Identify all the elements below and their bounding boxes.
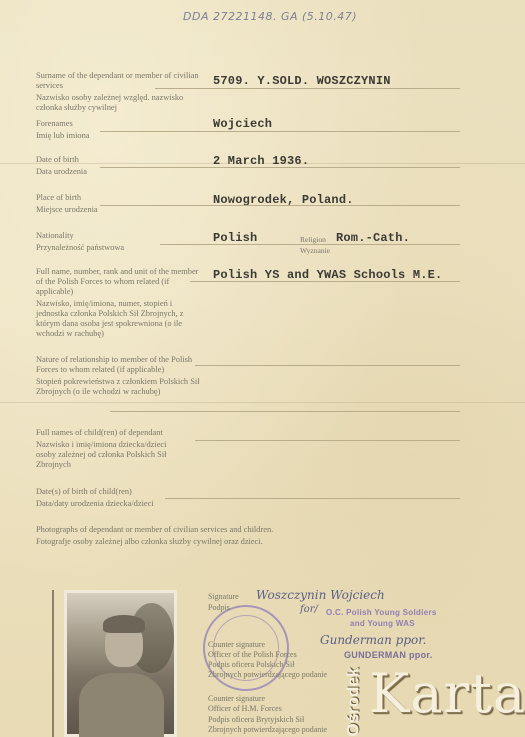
label-pl: Data/daty urodzenia dziecka/dzieci — [36, 499, 216, 509]
underline — [195, 440, 460, 441]
field-member-value: Polish YS and YWAS Schools M.E. — [213, 268, 442, 282]
field-surname-value: 5709. Y.SOLD. WOSZCZYNIN — [213, 74, 391, 88]
label-en: Date of birth — [36, 155, 79, 164]
field-pob-label: Place of birth Miejsce urodzenia — [36, 193, 176, 215]
label-pl: Miejsce urodzenia — [36, 205, 176, 215]
underline — [110, 411, 460, 412]
label-pl: Nazwisko, imię/imiona, numer, stopień i … — [36, 299, 201, 339]
field-surname-label: Surname of the dependant or member of ci… — [36, 71, 206, 113]
photographs-label: Photographs of dependant or member of ci… — [36, 525, 356, 547]
field-forenames-value: Wojciech — [213, 117, 272, 131]
label-pl: Stopień pokrewieństwa z członkiem Polski… — [36, 377, 201, 397]
field-member-label: Full name, number, rank and unit of the … — [36, 267, 201, 339]
counter-hm-pl-2: Zbrojnych potwierdzającego podanie — [208, 725, 327, 734]
underline — [100, 167, 460, 168]
label-pl: Imię lub imiona — [36, 131, 176, 141]
field-forenames-label: Forenames Imię lub imiona — [36, 119, 176, 141]
unit-stamp-line-1: O.C. Polish Young Soldiers — [326, 608, 437, 617]
signature-handwritten: Woszczynin Wojciech — [256, 588, 385, 602]
underline — [155, 88, 460, 89]
signature-abbrev: for/ — [300, 604, 318, 615]
underline — [190, 281, 460, 282]
label-en: Nationality — [36, 231, 74, 240]
label-en: Place of birth — [36, 193, 81, 202]
field-nationality-label: Nationality Przynależność państwowa — [36, 231, 186, 253]
officer-name-stamp: GUNDERMAN ppor. — [344, 650, 433, 660]
underline — [100, 131, 460, 132]
counter-polish-en-2: Officer of the Polish Forces — [208, 650, 297, 659]
label-pl: Data urodzenia — [36, 167, 176, 177]
field-religion-value: Rom.-Cath. — [336, 231, 410, 245]
underline — [160, 244, 460, 245]
field-nationality-value: Polish — [213, 231, 257, 245]
unit-stamp-line-2: and Young WAS — [350, 619, 415, 628]
label-pl: Nazwisko i imię/imiona dziecka/dzieci os… — [36, 440, 186, 470]
underline — [195, 365, 460, 366]
counter-hm-en-2: Officer of H.M. Forces — [208, 704, 282, 713]
religion-label-en: Religion — [300, 235, 326, 244]
paper-fold — [0, 402, 525, 403]
label-pl: Fotografje osoby zależnej albo członka s… — [36, 537, 356, 547]
counter-hm-pl-1: Podpis oficera Brytyjskich Sił — [208, 715, 304, 724]
religion-label-pl: Wyznanie — [300, 246, 330, 255]
portrait-photo — [64, 590, 177, 737]
field-children-label: Full names of child(ren) of dependant Na… — [36, 428, 186, 470]
label-en: Forenames — [36, 119, 73, 128]
counter-polish-pl-2: Zbrojnych potwierdzającego podanie — [208, 670, 327, 679]
counter-hm-en-1: Counter signature — [208, 694, 265, 703]
watermark-osrodek: Ośrodek — [343, 668, 363, 737]
label-en: Photographs of dependant or member of ci… — [36, 525, 273, 534]
field-dob-value: 2 March 1936. — [213, 154, 309, 168]
watermark-karta: Karta — [369, 662, 525, 725]
field-relationship-label: Nature of relationship to member of the … — [36, 355, 201, 397]
counter-polish-pl-1: Podpis oficera Polskich Sił — [208, 660, 294, 669]
photo-figure — [79, 673, 164, 737]
label-en: Full names of child(ren) of dependant — [36, 428, 163, 437]
label-pl: Nazwisko osoby zależnej względ. nazwisko… — [36, 93, 206, 113]
label-en: Date(s) of birth of child(ren) — [36, 487, 132, 496]
label-en: Nature of relationship to member of the … — [36, 355, 192, 374]
field-dob-label: Date of birth Data urodzenia — [36, 155, 176, 177]
underline — [100, 205, 460, 206]
photo-hair — [103, 615, 145, 633]
handwritten-reference: DDA 27221148. GA (5.10.47) — [183, 10, 357, 23]
officer-signature: Gunderman ppor. — [320, 633, 426, 647]
photo-bracket — [52, 590, 54, 737]
signature-label-pl: Podpis — [208, 603, 230, 612]
signature-label-en: Signature — [208, 592, 239, 601]
label-en: Full name, number, rank and unit of the … — [36, 267, 198, 296]
underline — [165, 498, 460, 499]
counter-polish-en-1: Counter signature — [208, 640, 265, 649]
